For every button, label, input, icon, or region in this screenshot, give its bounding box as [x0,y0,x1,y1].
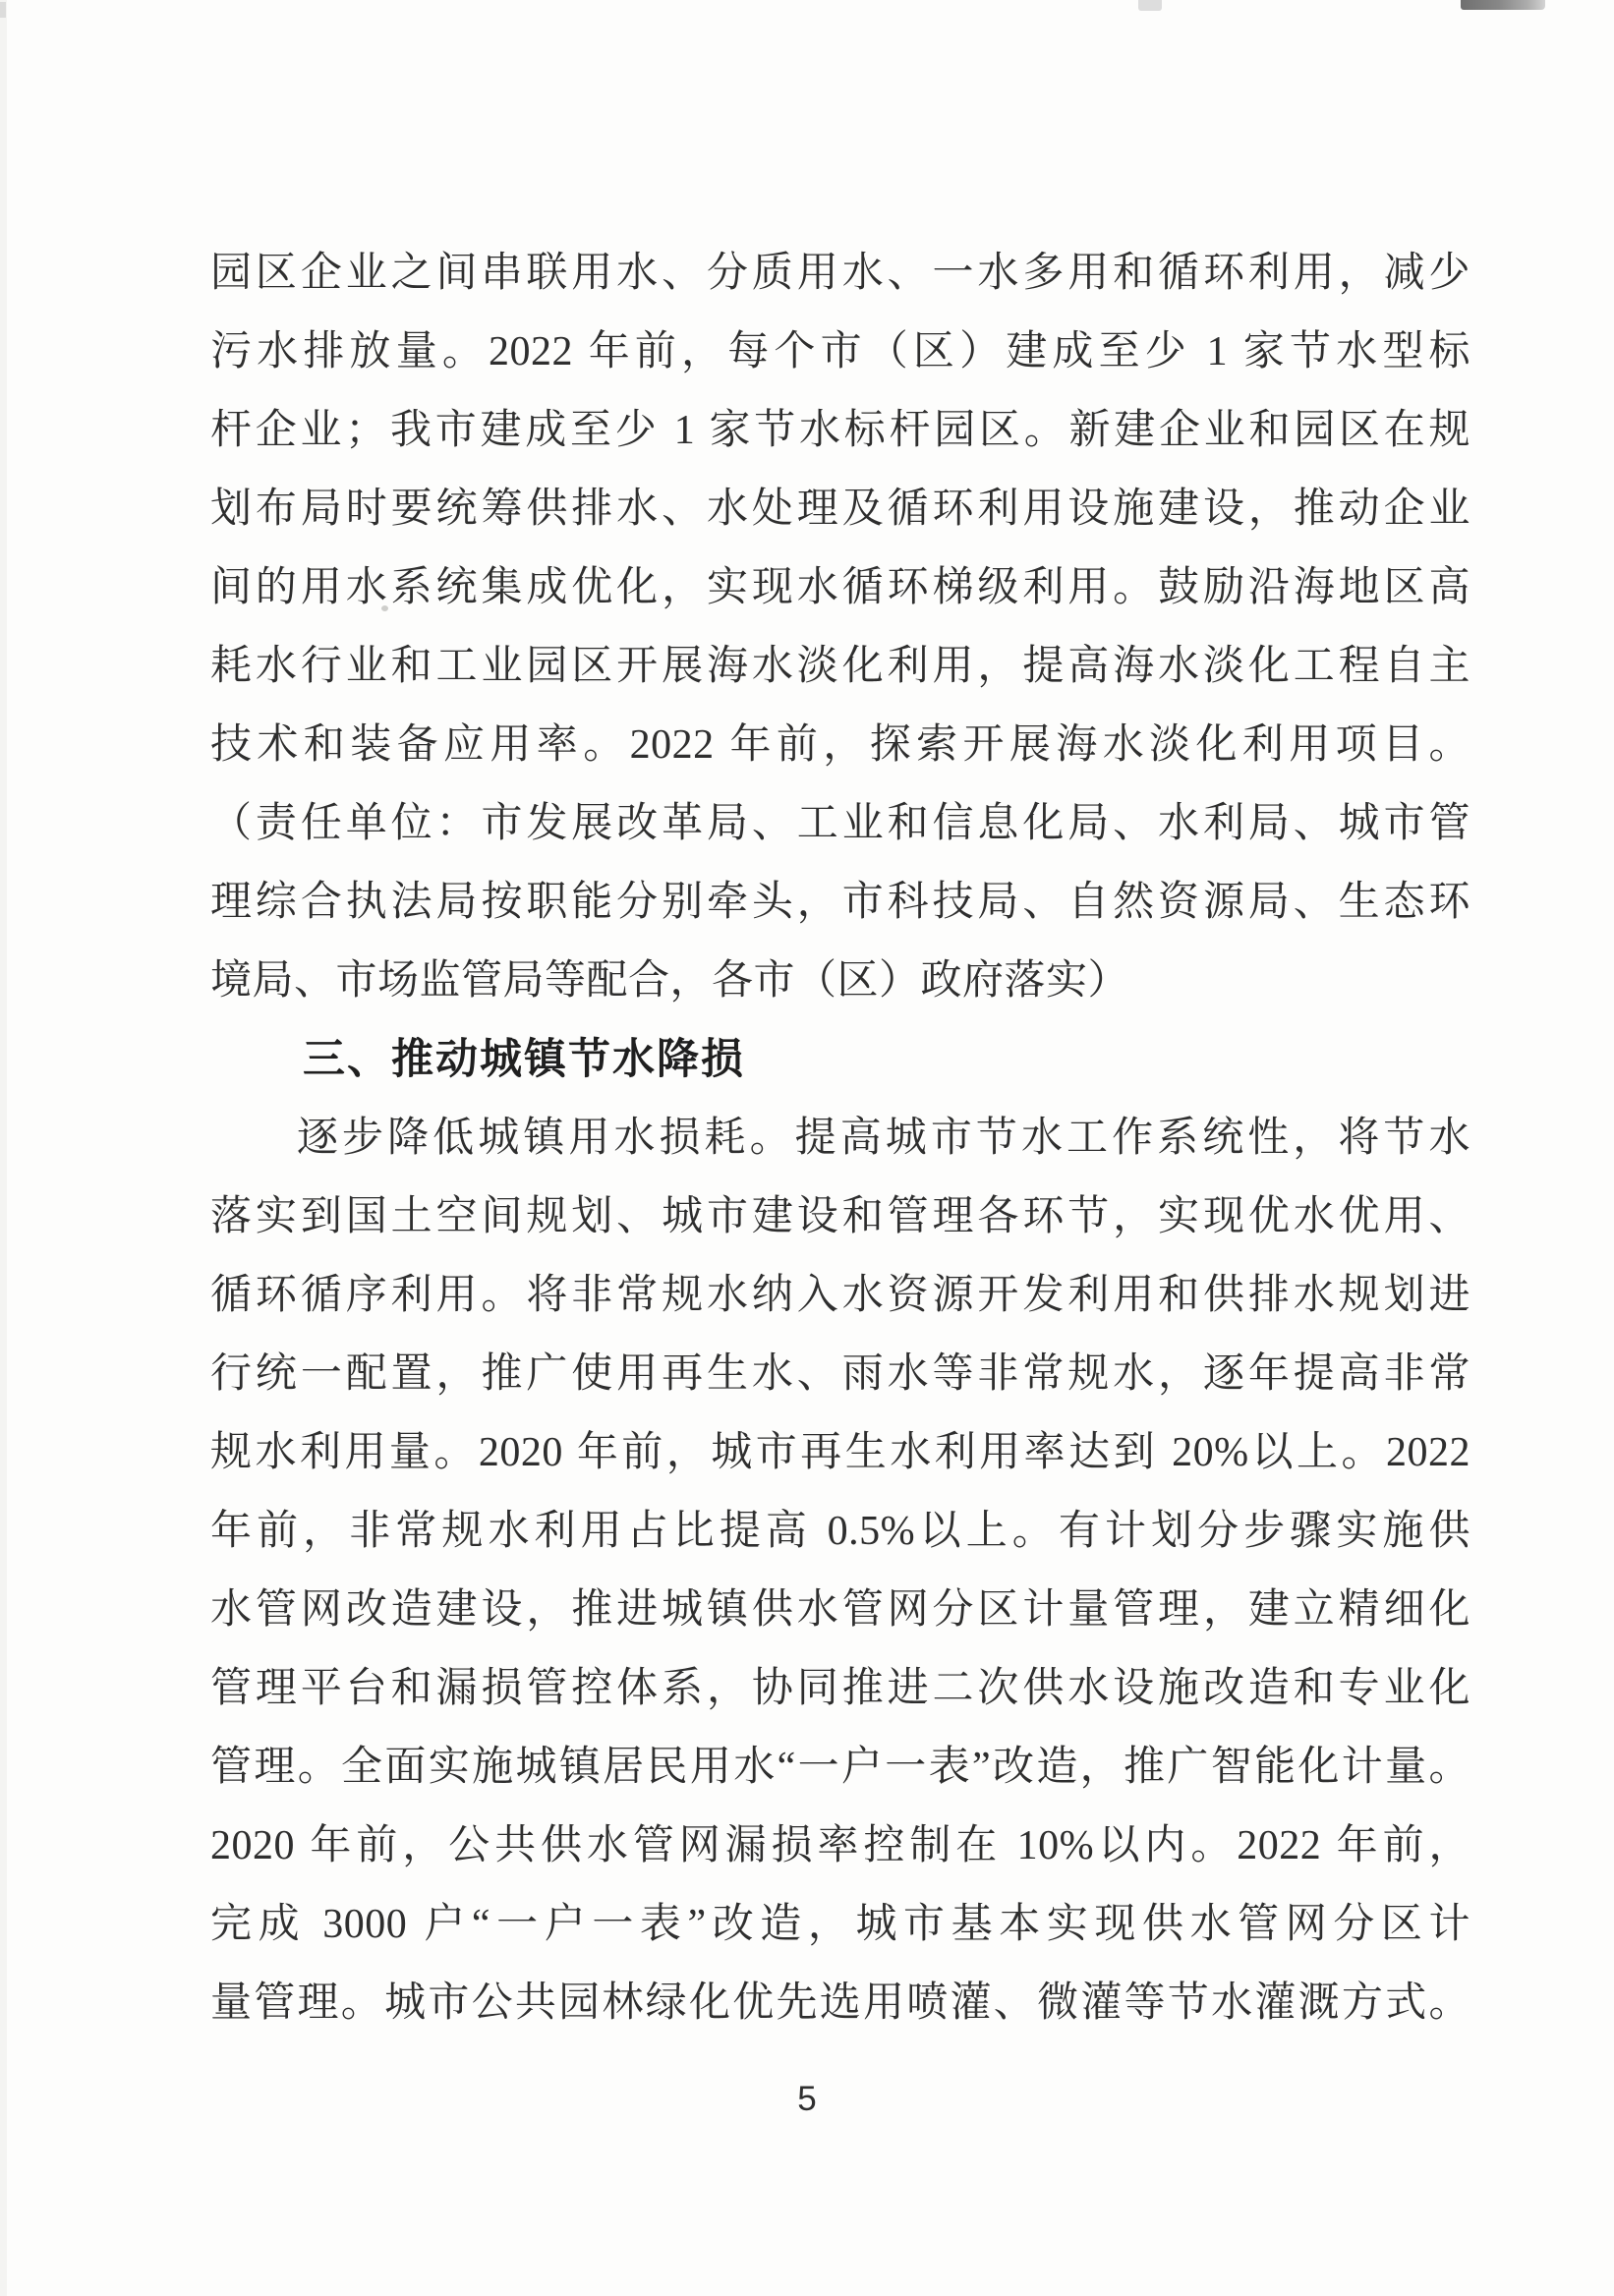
body-line: 耗水行业和工业园区开展海水淡化利用，提高海水淡化工程自主 [210,627,1470,706]
body-line: 污水排放量。2022 年前，每个市（区）建成至少 1 家节水型标 [210,313,1470,391]
body-line: 年前，非常规水利用占比提高 0.5%以上。有计划分步骤实施供 [210,1492,1470,1571]
body-line: 杆企业；我市建成至少 1 家节水标杆园区。新建企业和园区在规 [210,391,1470,470]
body-line: 管理平台和漏损管控体系，协同推进二次供水设施改造和专业化 [210,1649,1470,1728]
body-line: 水管网改造建设，推进城镇供水管网分区计量管理，建立精细化 [210,1571,1470,1649]
body-line: 完成 3000 户“一户一表”改造，城市基本实现供水管网分区计 [210,1885,1470,1964]
body-line: 境局、市场监管局等配合，各市（区）政府落实） [210,942,1470,1020]
body-line: 园区企业之间串联用水、分质用水、一水多用和循环利用，减少 [210,234,1470,313]
body-line: 技术和装备应用率。2022 年前，探索开展海水淡化利用项目。 [210,706,1470,784]
body-line: 逐步降低城镇用水损耗。提高城市节水工作系统性，将节水 [210,1099,1470,1177]
body-line: 行统一配置，推广使用再生水、雨水等非常规水，逐年提高非常 [210,1335,1470,1413]
document-body: 园区企业之间串联用水、分质用水、一水多用和循环利用，减少 污水排放量。2022 … [210,234,1470,2042]
body-line: 规水利用量。2020 年前，城市再生水利用率达到 20%以上。2022 [210,1413,1470,1492]
scan-artifact-top-left [0,2,6,18]
body-line: 间的用水系统集成优化，实现水循环梯级利用。鼓励沿海地区高 [210,548,1470,627]
page-number: 5 [0,2080,1614,2119]
scan-artifact-top-right [1461,0,1545,10]
body-line: （责任单位：市发展改革局、工业和信息化局、水利局、城市管 [210,784,1470,863]
scan-artifact-top-center [1138,0,1162,11]
section-heading: 三、推动城镇节水降损 [210,1020,1470,1099]
document-page: 园区企业之间串联用水、分质用水、一水多用和循环利用，减少 污水排放量。2022 … [0,0,1614,2296]
body-line: 管理。全面实施城镇居民用水“一户一表”改造，推广智能化计量。 [210,1728,1470,1807]
body-line: 2020 年前，公共供水管网漏损率控制在 10%以内。2022 年前， [210,1807,1470,1885]
body-line: 划布局时要统筹供排水、水处理及循环利用设施建设，推动企业 [210,470,1470,548]
body-line: 循环循序利用。将非常规水纳入水资源开发利用和供排水规划进 [210,1256,1470,1335]
body-line: 落实到国土空间规划、城市建设和管理各环节，实现优水优用、 [210,1177,1470,1256]
scan-edge-shade [0,0,7,2296]
body-line: 量管理。城市公共园林绿化优先选用喷灌、微灌等节水灌溉方式。 [210,1964,1470,2042]
body-line: 理综合执法局按职能分别牵头，市科技局、自然资源局、生态环 [210,863,1470,942]
